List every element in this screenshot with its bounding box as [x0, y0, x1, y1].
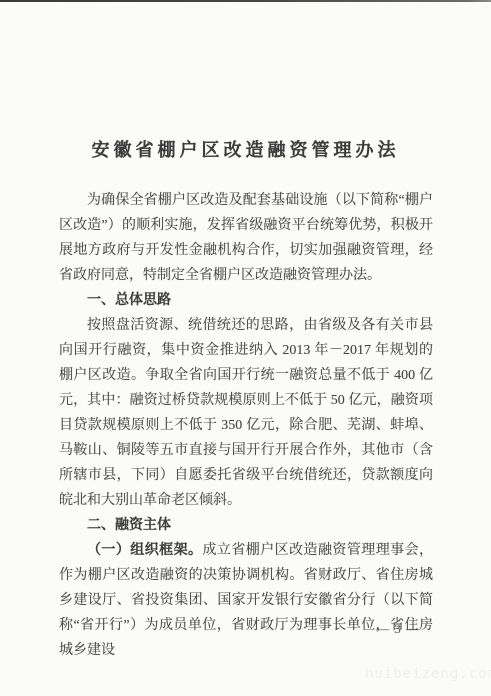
body-paragraph: 按照盘活资源、统借统还的思路，由省级及各有关市县向国开行融资，集中资金推进纳入 … [59, 313, 433, 513]
body-paragraph: 为确保全省棚户区改造及配套基础设施（以下简称“棚户区改造”）的顺利实施，发挥省级… [59, 188, 433, 288]
section-heading: 一、总体思路 [59, 288, 433, 313]
watermark: huibeizeng.com [365, 666, 491, 682]
document-title: 安徽省棚户区改造融资管理办法 [0, 136, 491, 162]
scan-artifact-line [0, 0, 491, 2]
body-paragraph: （一）组织框架。成立省棚户区改造融资管理理事会，作为棚户区改造融资的决策协调机构… [59, 538, 433, 663]
document-body: 为确保全省棚户区改造及配套基础设施（以下简称“棚户区改造”）的顺利实施，发挥省级… [59, 188, 433, 663]
paragraph-lead: （一）组织框架。 [87, 543, 202, 558]
section-heading: 二、融资主体 [59, 513, 433, 538]
page-number: — 3 — [376, 621, 420, 637]
